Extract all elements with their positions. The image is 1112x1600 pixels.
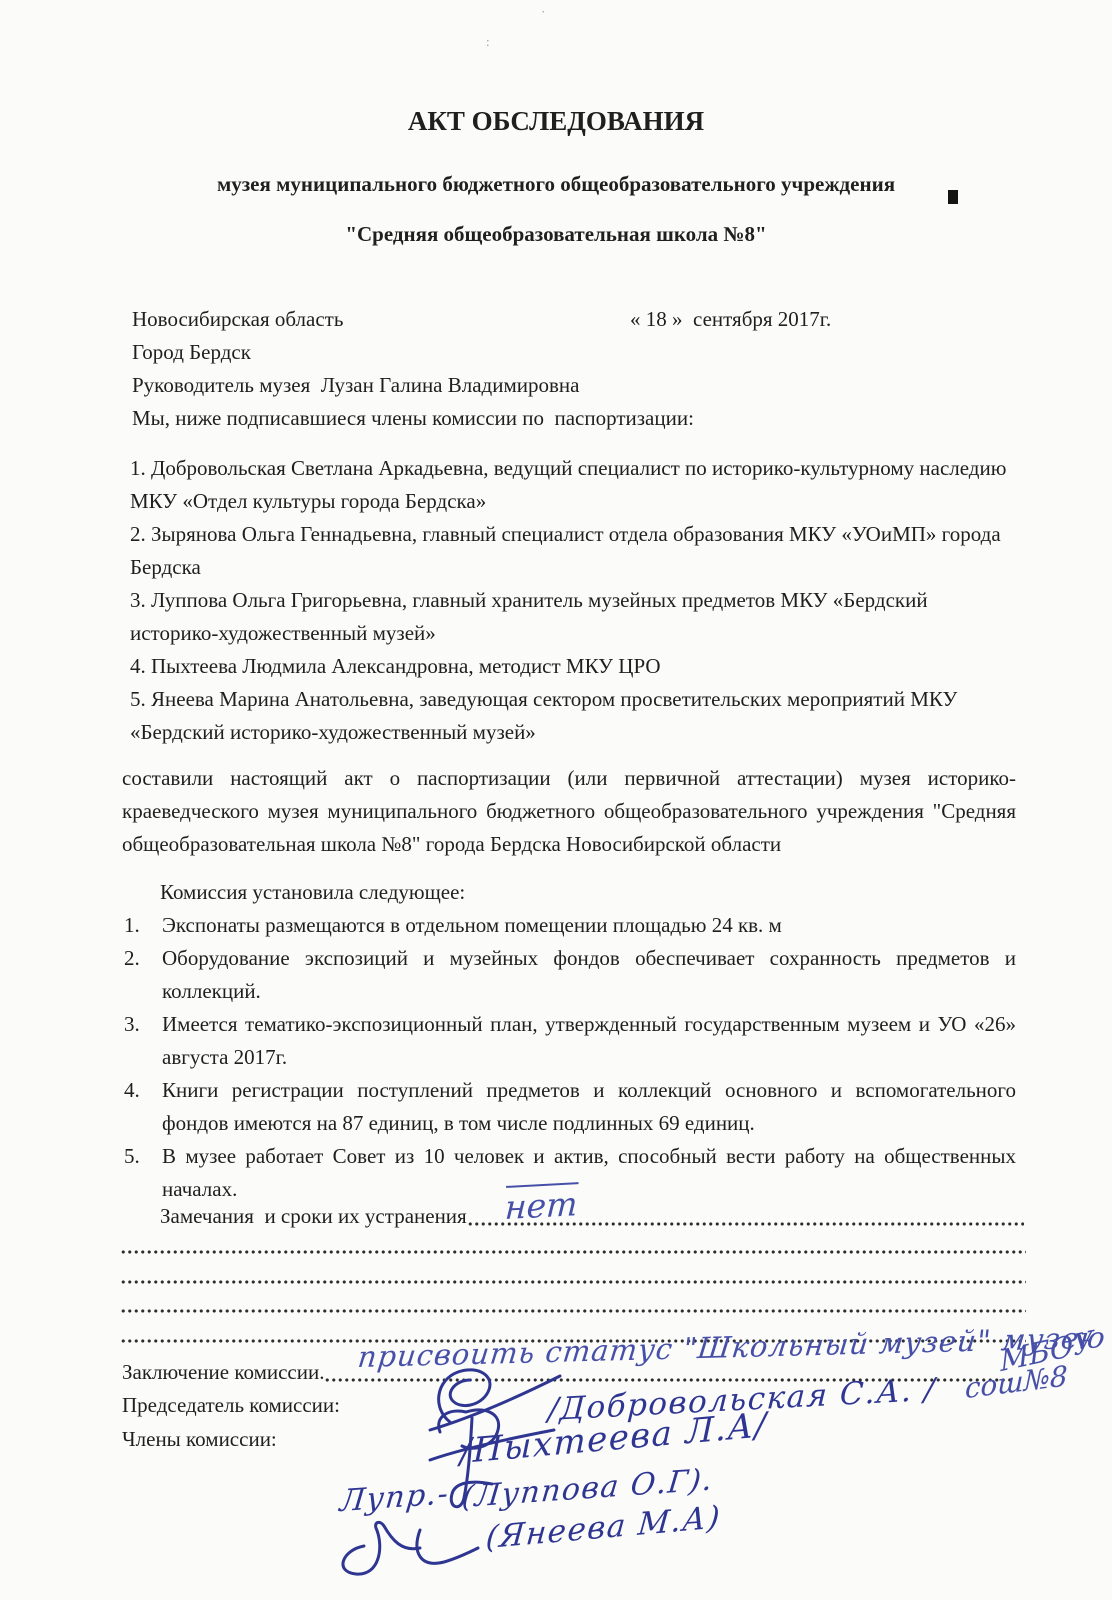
remarks-label: Замечания и сроки их устранения <box>160 1200 467 1233</box>
dotted-line <box>120 1308 1026 1313</box>
page-title: АКТ ОБСЛЕДОВАНИЯ <box>0 106 1112 137</box>
finding-item: 1. Экспонаты размещаются в отдельном пом… <box>124 909 1016 942</box>
handwritten-remark: нет <box>504 1184 579 1227</box>
scan-speck: · <box>541 4 545 20</box>
finding-item: 3. Имеется тематико-экспозиционный план,… <box>124 1008 1016 1074</box>
finding-item: 4. Книги регистрации поступлений предмет… <box>124 1074 1016 1140</box>
finding-text: Экспонаты размещаются в отдельном помеще… <box>162 909 1016 942</box>
chairman-label: Председатель комиссии: <box>122 1389 340 1422</box>
finding-number: 3. <box>124 1008 162 1074</box>
conclusion-label: Заключение комиссии. <box>122 1356 324 1389</box>
findings-list: 1. Экспонаты размещаются в отдельном пом… <box>124 909 1016 1206</box>
subtitle-school: "Средняя общеобразовательная школа №8" <box>0 222 1112 247</box>
finding-text: В музее работает Совет из 10 человек и а… <box>162 1140 1016 1206</box>
finding-number: 5. <box>124 1140 162 1206</box>
dotted-line <box>120 1249 1026 1254</box>
region-text: Новосибирская область <box>132 307 343 331</box>
findings-heading: Комиссия установила следующее: <box>160 876 465 909</box>
finding-item: 2. Оборудование экспозиций и музейных фо… <box>124 942 1016 1008</box>
commission-member: 3. Луппова Ольга Григорьевна, главный хр… <box>130 584 1016 650</box>
scan-speck: : <box>486 34 490 50</box>
commission-member: 5. Янеева Марина Анатольевна, заведующая… <box>130 683 1016 749</box>
city-line: Город Бердск <box>132 336 1016 369</box>
finding-text: Имеется тематико-экспозиционный план, ут… <box>162 1008 1016 1074</box>
subtitle-institution: музея муниципального бюджетного общеобра… <box>0 172 1112 197</box>
region-date-line: Новосибирская область « 18 » сентября 20… <box>132 303 1016 336</box>
members-label: Члены комиссии: <box>122 1423 277 1456</box>
member-signature-prefix: Лупр.- <box>338 1476 451 1519</box>
member-signature-scribble <box>330 1518 480 1578</box>
commission-member: 1. Добровольская Светлана Аркадьевна, ве… <box>130 452 1016 518</box>
scanned-document-page: АКТ ОБСЛЕДОВАНИЯ музея муниципального бю… <box>0 0 1112 1600</box>
meta-block: Новосибирская область « 18 » сентября 20… <box>132 303 1016 435</box>
intro-line: Мы, ниже подписавшиеся члены комиссии по… <box>132 402 1016 435</box>
dotted-line <box>120 1279 1026 1284</box>
finding-text: Оборудование экспозиций и музейных фондо… <box>162 942 1016 1008</box>
scan-artifact-mark <box>948 190 958 204</box>
finding-number: 2. <box>124 942 162 1008</box>
finding-number: 1. <box>124 909 162 942</box>
finding-text: Книги регистрации поступлений предметов … <box>162 1074 1016 1140</box>
remarks-line: Замечания и сроки их устранения <box>160 1200 1024 1233</box>
date-text: « 18 » сентября 2017г. <box>630 303 831 336</box>
commission-members-list: 1. Добровольская Светлана Аркадьевна, ве… <box>130 452 1016 749</box>
commission-member: 4. Пыхтеева Людмила Александровна, метод… <box>130 650 1016 683</box>
commission-member: 2. Зырянова Ольга Геннадьевна, главный с… <box>130 518 1016 584</box>
act-paragraph: составили настоящий акт о паспортизации … <box>122 762 1016 861</box>
museum-head-line: Руководитель музея Лузан Галина Владимир… <box>132 369 1016 402</box>
finding-number: 4. <box>124 1074 162 1140</box>
